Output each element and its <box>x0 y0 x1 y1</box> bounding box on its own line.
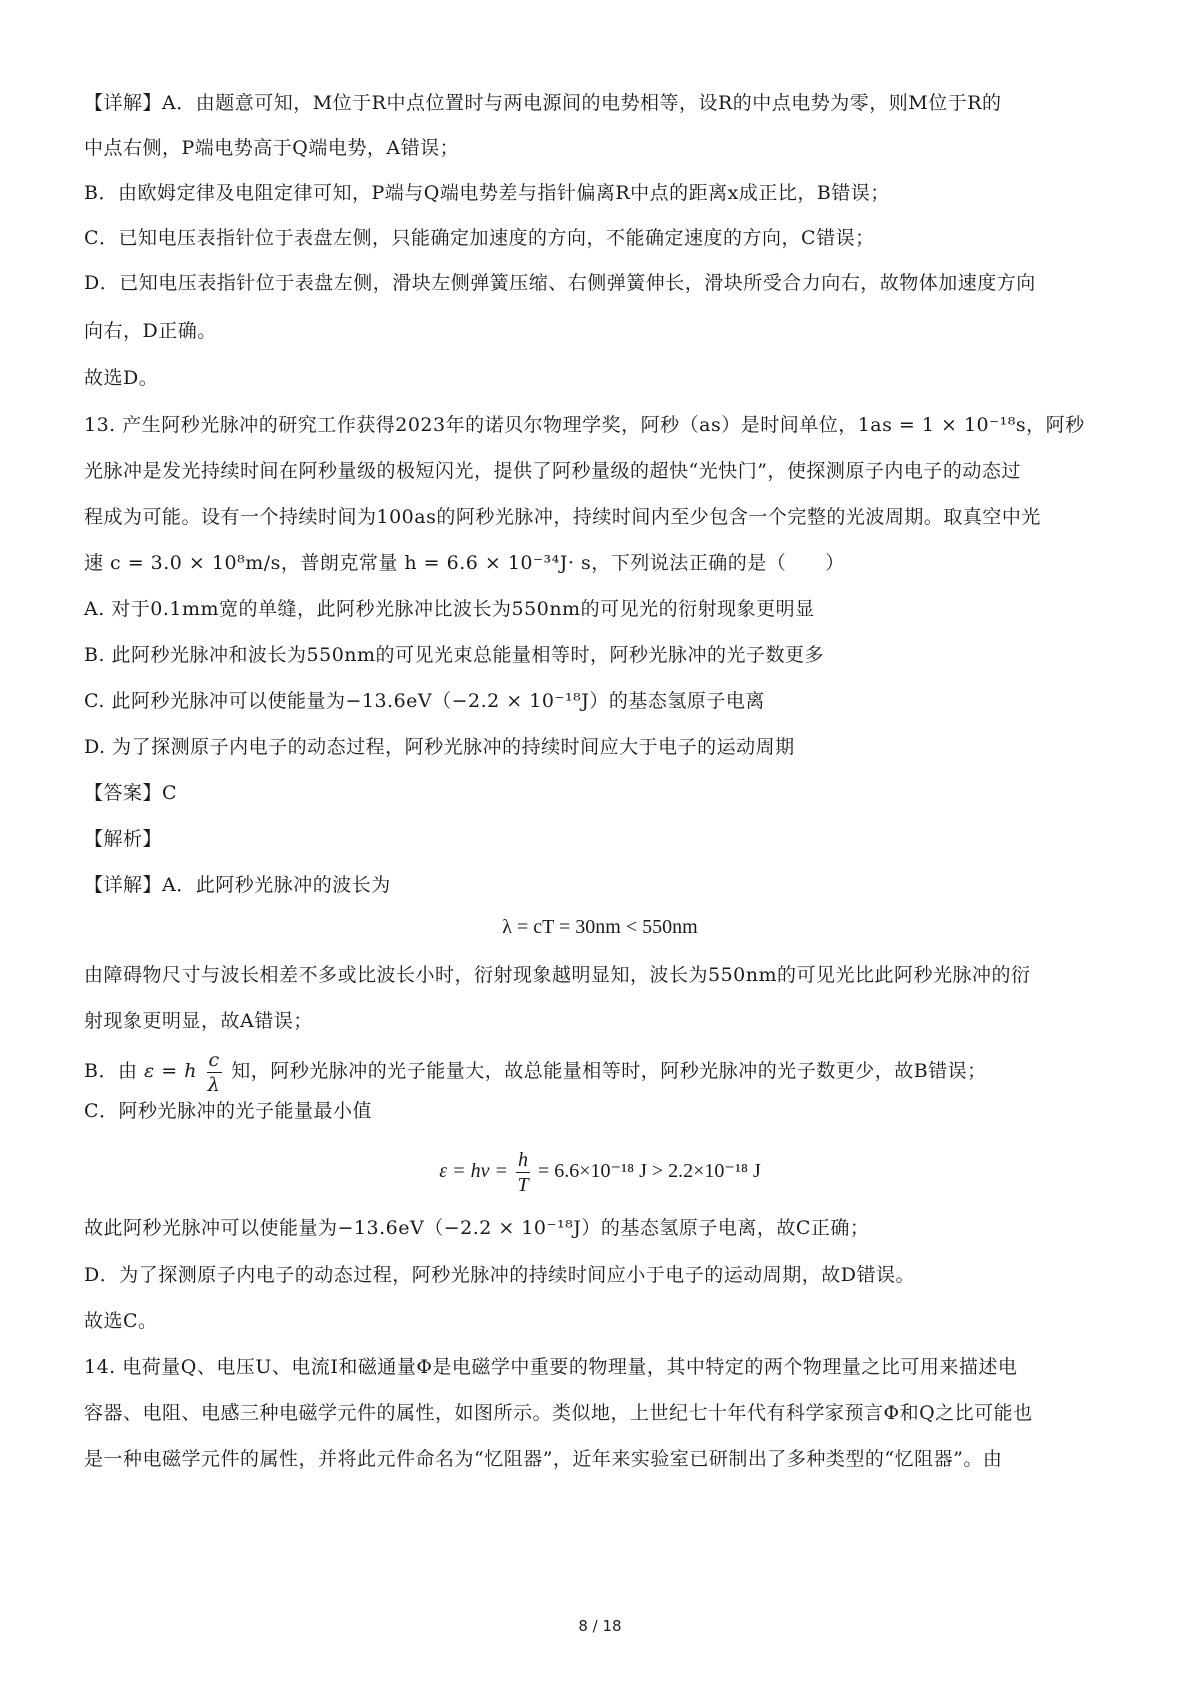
q13-stem-line-4: 速 c = 3.0 × 10⁸m/s，普朗克常量 h = 6.6 × 10⁻³⁴… <box>84 550 845 576</box>
q12-detail-line-2: 中点右侧，P端电势高于Q端电势，A错误； <box>84 135 459 161</box>
q12-detail-line-1: 【详解】A．由题意可知，M位于R中点位置时与两电源间的电势相等，设R的中点电势为… <box>84 90 1002 116</box>
q13-detail-a2: 由障碍物尺寸与波长相差不多或比波长小时，衍射现象越明显知，波长为550nm的可见… <box>84 962 1031 988</box>
q13-answer: 【答案】C <box>84 780 177 806</box>
q12-detail-line-3: B．由欧姆定律及电阻定律可知，P端与Q端电势差与指针偏离R中点的距离x成正比，B… <box>84 180 890 206</box>
page-number: 8 / 18 <box>0 1617 1200 1635</box>
fraction-c-over-lambda: c λ <box>207 1048 222 1097</box>
fraction-denominator: λ <box>207 1073 222 1097</box>
q13-detail-d1: D．为了探测原子内电子的动态过程，阿秒光脉冲的持续时间应小于电子的运动周期，故D… <box>84 1262 915 1288</box>
q13-detail-a1: 【详解】A．此阿秒光脉冲的波长为 <box>84 872 391 898</box>
formula-photon-energy: ε = hν = h T = 6.6×10⁻¹⁸ J > 2.2×10⁻¹⁸ J <box>0 1142 1200 1200</box>
q14-stem-line-1: 14. 电荷量Q、电压U、电流I和磁通量Φ是电磁学中重要的物理量，其中特定的两个… <box>84 1354 1017 1380</box>
q12-detail-line-5: D．已知电压表指针位于表盘左侧，滑块左侧弹簧压缩、右侧弹簧伸长，滑块所受合力向右… <box>84 270 1036 296</box>
q13-option-c: C. 此阿秒光脉冲可以使能量为−13.6eV（−2.2 × 10⁻¹⁸J）的基态… <box>84 688 765 714</box>
q13-option-b: B. 此阿秒光脉冲和波长为550nm的可见光束总能量相等时，阿秒光脉冲的光子数更… <box>84 642 824 668</box>
formula-wavelength: λ = cT = 30nm < 550nm <box>0 916 1200 939</box>
q12-detail-line-4: C．已知电压表指针位于表盘左侧，只能确定加速度的方向，不能确定速度的方向，C错误… <box>84 225 875 251</box>
q14-stem-line-2: 容器、电阻、电感三种电磁学元件的属性，如图所示。类似地，上世纪七十年代有科学家预… <box>84 1400 1033 1426</box>
formula2-left: ε = hν = <box>439 1160 508 1182</box>
q13-stem-line-2: 光脉冲是发光持续时间在阿秒量级的极短闪光，提供了阿秒量级的超快“光快门”，使探测… <box>84 458 1021 484</box>
q14-stem-line-3: 是一种电磁学元件的属性，并将此元件命名为“忆阻器”，近年来实验室已研制出了多种类… <box>84 1446 1002 1472</box>
q12-conclusion: 故选D。 <box>84 365 158 391</box>
b-prefix: B．由 <box>84 1060 137 1082</box>
fraction-numerator: h <box>516 1148 530 1173</box>
q13-conclusion: 故选C。 <box>84 1308 158 1334</box>
q13-stem-line-3: 程成为可能。设有一个持续时间为100as的阿秒光脉冲，持续时间内至少包含一个完整… <box>84 504 1041 530</box>
formula2-right: = 6.6×10⁻¹⁸ J > 2.2×10⁻¹⁸ J <box>538 1160 761 1182</box>
q13-detail-c1: C．阿秒光脉冲的光子能量最小值 <box>84 1098 372 1124</box>
q13-detail-c2: 故此阿秒光脉冲可以使能量为−13.6eV（−2.2 × 10⁻¹⁸J）的基态氢原… <box>84 1215 869 1241</box>
fraction-denominator: T <box>516 1173 530 1197</box>
q13-detail-b: B．由 ε = h c λ 知，阿秒光脉冲的光子能量大，故总能量相等时，阿秒光脉… <box>84 1042 987 1100</box>
q13-option-a: A. 对于0.1mm宽的单缝，此阿秒光脉冲比波长为550nm的可见光的衍射现象更… <box>84 596 815 622</box>
q13-analysis-heading: 【解析】 <box>84 826 162 852</box>
q13-detail-a3: 射现象更明显，故A错误； <box>84 1008 313 1034</box>
b-suffix: 知，阿秒光脉冲的光子能量大，故总能量相等时，阿秒光脉冲的光子数更少，故B错误； <box>231 1060 986 1082</box>
fraction-h-over-T: h T <box>516 1148 530 1197</box>
fraction-numerator: c <box>207 1048 222 1073</box>
q12-detail-line-6: 向右，D正确。 <box>84 318 217 344</box>
b-formula: ε = h <box>144 1060 197 1082</box>
q13-stem-line-1: 13. 产生阿秒光脉冲的研究工作获得2023年的诺贝尔物理学奖，阿秒（as）是时… <box>84 412 1085 438</box>
q13-option-d: D. 为了探测原子内电子的动态过程，阿秒光脉冲的持续时间应大于电子的运动周期 <box>84 734 795 760</box>
